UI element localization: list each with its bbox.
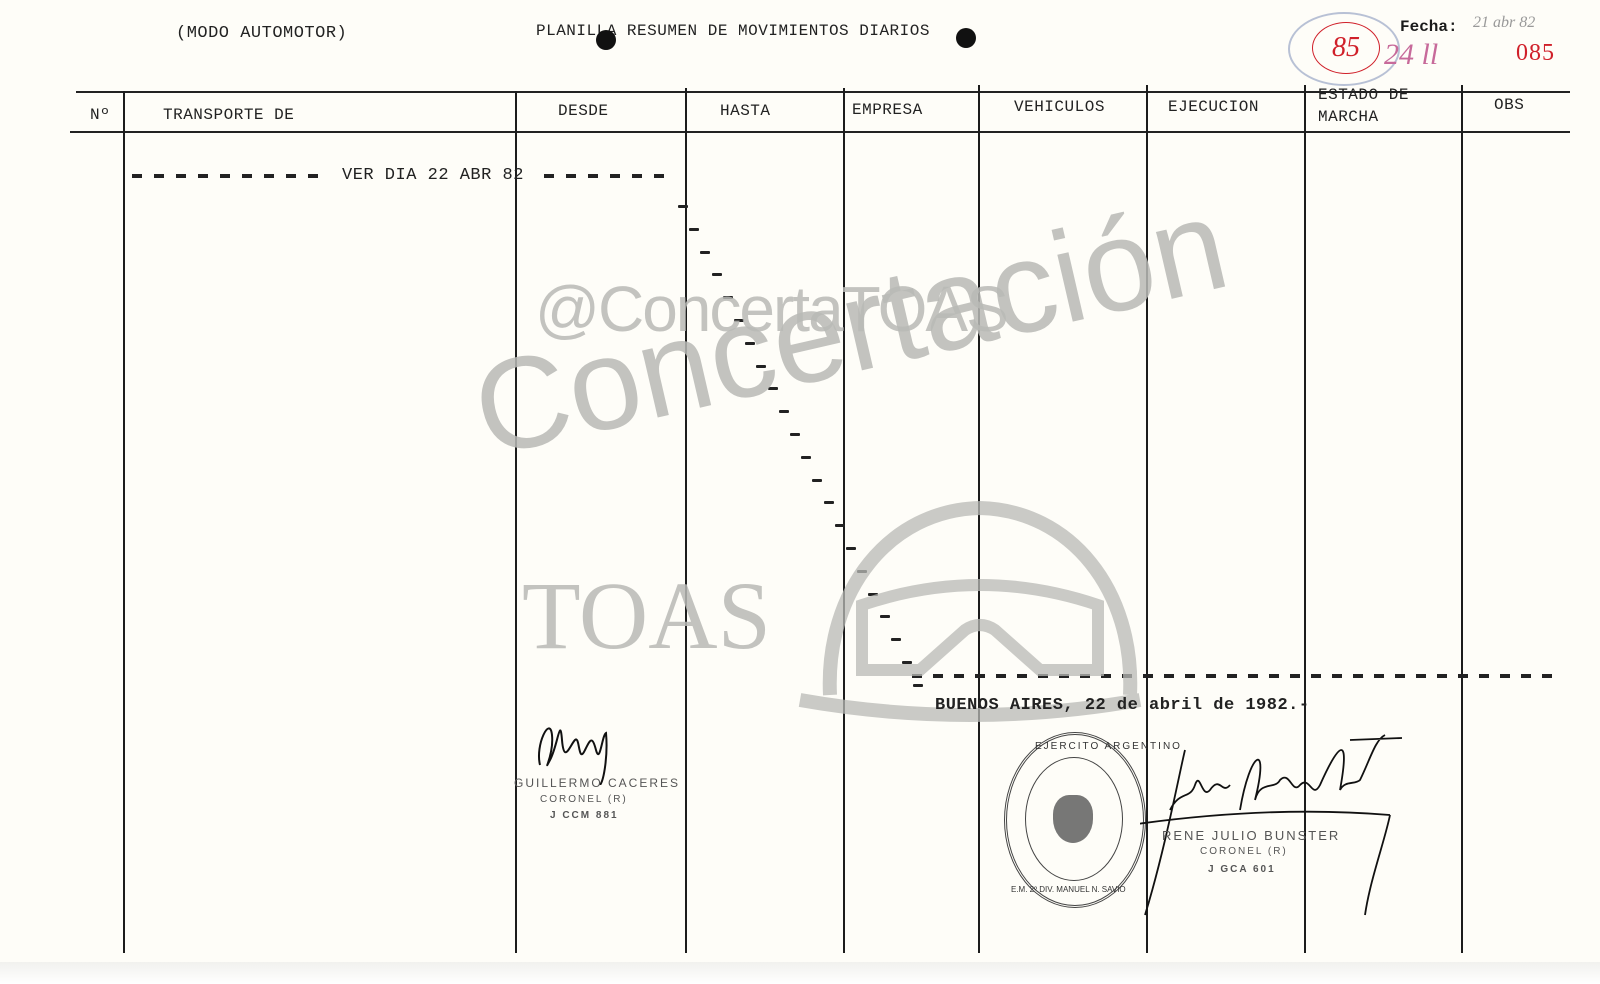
handwritten-number-circle: 85 xyxy=(1312,22,1380,74)
right-signer-unit: J GCA 601 xyxy=(1208,864,1276,875)
left-signer-unit: J CCM 881 xyxy=(550,810,619,821)
table-header-bottom-rule xyxy=(70,131,1570,133)
army-seal: EJERCITO ARGENTINO E.M. 2º DIV. MANUEL N… xyxy=(1004,732,1146,908)
col-header-empresa: EMPRESA xyxy=(852,101,923,119)
note-ver-dia: VER DIA 22 ABR 82 xyxy=(342,166,524,185)
col-header-transporte: TRANSPORTE DE xyxy=(163,106,294,124)
punch-hole-right xyxy=(956,28,976,48)
seal-bottom-text: E.M. 2º DIV. MANUEL N. SAVIO xyxy=(1011,885,1126,894)
fecha-label: Fecha: xyxy=(1400,18,1458,36)
left-signer-name: GUILLERMO CACERES xyxy=(514,776,680,790)
cancel-dash xyxy=(801,456,811,459)
cancel-dash xyxy=(678,205,688,208)
helmet-watermark-icon xyxy=(790,480,1150,730)
col-header-numero: Nº xyxy=(90,106,110,124)
fecha-pencil-value: 21 abr 82 xyxy=(1473,14,1535,32)
col-header-hasta: HASTA xyxy=(720,102,771,120)
right-signature-icon xyxy=(1140,730,1410,920)
right-signer-name: RENE JULIO BUNSTER xyxy=(1162,828,1340,843)
watermark-toas: TOAS xyxy=(522,560,771,671)
handwritten-date: 24 ll xyxy=(1384,38,1438,72)
cancel-dash xyxy=(790,433,800,436)
left-signer-rank: CORONEL (R) xyxy=(540,794,628,805)
col-header-estado-line2: MARCHA xyxy=(1318,108,1379,126)
col-header-estado-line1: ESTADO DE xyxy=(1318,86,1409,104)
cancel-dash xyxy=(689,228,699,231)
col-header-obs: OBS xyxy=(1494,96,1524,114)
page-bottom-edge xyxy=(0,962,1600,984)
dash-leader-left xyxy=(132,174,330,178)
col-header-ejecucion: EJECUCION xyxy=(1168,98,1259,116)
left-signature-icon xyxy=(530,705,620,785)
header-modo-automotor: (MODO AUTOMOTOR) xyxy=(176,24,347,43)
punch-hole-left xyxy=(596,30,616,50)
closing-place-date: BUENOS AIRES, 22 de abril de 1982.- xyxy=(935,696,1310,715)
document-page: (MODO AUTOMOTOR) PLANILLA RESUMEN DE MOV… xyxy=(0,0,1600,984)
dash-leader-right xyxy=(544,174,668,178)
column-divider xyxy=(515,91,517,953)
column-divider xyxy=(1461,85,1463,953)
cancel-dash xyxy=(700,251,710,254)
watermark-concertacion: Concertación xyxy=(460,168,1240,486)
right-signer-rank: CORONEL (R) xyxy=(1200,846,1288,857)
document-title: PLANILLA RESUMEN DE MOVIMIENTOS DIARIOS xyxy=(536,22,930,40)
col-header-desde: DESDE xyxy=(558,102,609,120)
column-divider xyxy=(685,88,687,953)
coat-of-arms-icon xyxy=(1053,795,1093,843)
stamped-page-number: 085 xyxy=(1516,40,1555,67)
col-header-vehiculos: VEHICULOS xyxy=(1014,98,1105,116)
column-divider xyxy=(123,91,125,953)
